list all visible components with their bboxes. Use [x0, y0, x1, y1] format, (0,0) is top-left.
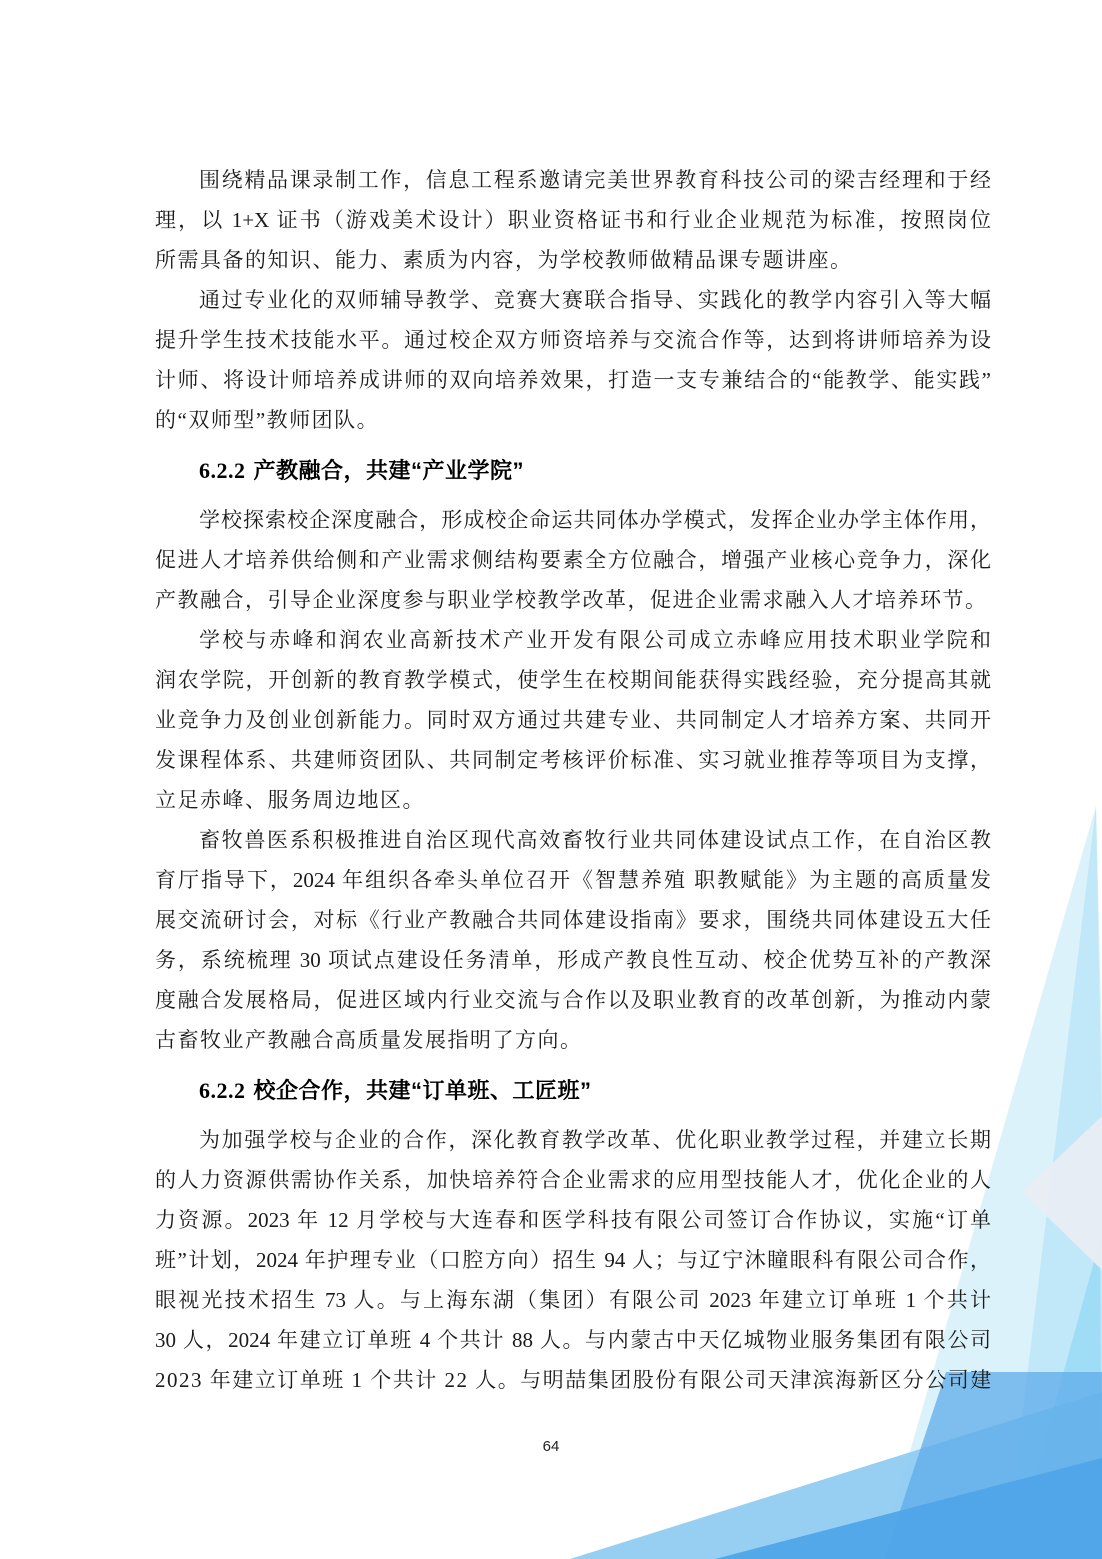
paragraph-line: 计师、将设计师培养成讲师的双向培养效果，打造一支专兼结合的“能教学、能实践” [155, 360, 991, 400]
section-number: 6.2.2 [199, 458, 246, 483]
paragraph: 围绕精品课录制工作，信息工程系邀请完美世界教育科技公司的梁吉经理和于经理，以 1… [155, 160, 991, 280]
paragraph-line: 度融合发展格局，促进区域内行业交流与合作以及职业教育的改革创新，为推动内蒙 [155, 980, 991, 1020]
paragraph: 学校探索校企深度融合，形成校企命运共同体办学模式，发挥企业办学主体作用，促进人才… [155, 500, 991, 620]
decor-triangle-6 [884, 1372, 1102, 1559]
document-body: 围绕精品课录制工作，信息工程系邀请完美世界教育科技公司的梁吉经理和于经理，以 1… [155, 160, 991, 1400]
paragraph-line: 班”计划，2024 年护理专业（口腔方向）招生 94 人；与辽宁沐瞳眼科有限公司… [155, 1240, 991, 1280]
paragraph-line: 所需具备的知识、能力、素质为内容，为学校教师做精品课专题讲座。 [155, 240, 991, 280]
section-number: 6.2.2 [199, 1078, 246, 1103]
section-heading: 6.2.2产教融合，共建“产业学院” [155, 456, 991, 486]
paragraph: 畜牧兽医系积极推进自治区现代高效畜牧行业共同体建设试点工作，在自治区教育厅指导下… [155, 820, 991, 1060]
decor-triangle-5 [570, 1392, 1102, 1559]
paragraph-line: 理，以 1+X 证书（游戏美术设计）职业资格证书和行业企业规范为标准，按照岗位 [155, 200, 991, 240]
paragraph-line: 为加强学校与企业的合作，深化教育教学改革、优化职业教学过程，并建立长期 [155, 1120, 991, 1160]
decor-triangle-3 [1012, 1240, 1102, 1559]
paragraph-line: 业竞争力及创业创新能力。同时双方通过共建专业、共同制定人才培养方案、共同开 [155, 700, 991, 740]
paragraph-line: 务，系统梳理 30 项试点建设任务清单，形成产教良性互动、校企优势互补的产教深 [155, 940, 991, 980]
paragraph-line: 提升学生技术技能水平。通过校企双方师资培养与交流合作等，达到将讲师培养为设 [155, 320, 991, 360]
paragraph-line: 古畜牧业产教融合高质量发展指明了方向。 [155, 1020, 991, 1060]
section-heading: 6.2.2校企合作，共建“订单班、工匠班” [155, 1076, 991, 1106]
section-title: 产教融合，共建“产业学院” [254, 458, 525, 483]
paragraph-line: 润农学院，开创新的教育教学模式，使学生在校期间能获得实践经验，充分提高其就 [155, 660, 991, 700]
paragraph-line: 发课程体系、共建师资团队、共同制定考核评价标准、实习就业推荐等项目为支撑， [155, 740, 991, 780]
paragraph-line: 立足赤峰、服务周边地区。 [155, 780, 991, 820]
paragraph-line: 30 人，2024 年建立订单班 4 个共计 88 人。与内蒙古中天亿城物业服务… [155, 1320, 991, 1360]
paragraph-line: 畜牧兽医系积极推进自治区现代高效畜牧行业共同体建设试点工作，在自治区教 [155, 820, 991, 860]
paragraph-line: 眼视光技术招生 73 人。与上海东湖（集团）有限公司 2023 年建立订单班 1… [155, 1280, 991, 1320]
paragraph-line: 促进人才培养供给侧和产业需求侧结构要素全方位融合，增强产业核心竞争力，深化 [155, 540, 991, 580]
page-number: 64 [0, 1438, 1102, 1455]
paragraph-line: 的人力资源供需协作关系，加快培养符合企业需求的应用型技能人才，优化企业的人 [155, 1160, 991, 1200]
paragraph-line: 学校与赤峰和润农业高新技术产业开发有限公司成立赤峰应用技术职业学院和 [155, 620, 991, 660]
paragraph-line: 的“双师型”教师团队。 [155, 400, 991, 440]
paragraph-line: 展交流研讨会，对标《行业产教融合共同体建设指南》要求，围绕共同体建设五大任 [155, 900, 991, 940]
section-title: 校企合作，共建“订单班、工匠班” [254, 1078, 592, 1103]
paragraph-line: 通过专业化的双师辅导教学、竞赛大赛联合指导、实践化的教学内容引入等大幅 [155, 280, 991, 320]
paragraph-line: 2023 年建立订单班 1 个共计 22 人。与明喆集团股份有限公司天津滨海新区… [155, 1360, 991, 1400]
decor-triangle-7 [715, 1458, 1102, 1559]
decor-triangle-4 [1022, 1116, 1102, 1270]
paragraph: 为加强学校与企业的合作，深化教育教学改革、优化职业教学过程，并建立长期的人力资源… [155, 1120, 991, 1400]
paragraph-line: 力资源。2023 年 12 月学校与大连春和医学科技有限公司签订合作协议，实施“… [155, 1200, 991, 1240]
document-page: 围绕精品课录制工作，信息工程系邀请完美世界教育科技公司的梁吉经理和于经理，以 1… [0, 0, 1102, 1559]
paragraph-line: 育厅指导下，2024 年组织各牵头单位召开《智慧养殖 职教赋能》为主题的高质量发 [155, 860, 991, 900]
paragraph-line: 学校探索校企深度融合，形成校企命运共同体办学模式，发挥企业办学主体作用， [155, 500, 991, 540]
paragraph-line: 产教融合，引导企业深度参与职业学校教学改革，促进企业需求融入人才培养环节。 [155, 580, 991, 620]
paragraph-line: 围绕精品课录制工作，信息工程系邀请完美世界教育科技公司的梁吉经理和于经 [155, 160, 991, 200]
paragraph: 通过专业化的双师辅导教学、竞赛大赛联合指导、实践化的教学内容引入等大幅提升学生技… [155, 280, 991, 440]
paragraph: 学校与赤峰和润农业高新技术产业开发有限公司成立赤峰应用技术职业学院和润农学院，开… [155, 620, 991, 820]
